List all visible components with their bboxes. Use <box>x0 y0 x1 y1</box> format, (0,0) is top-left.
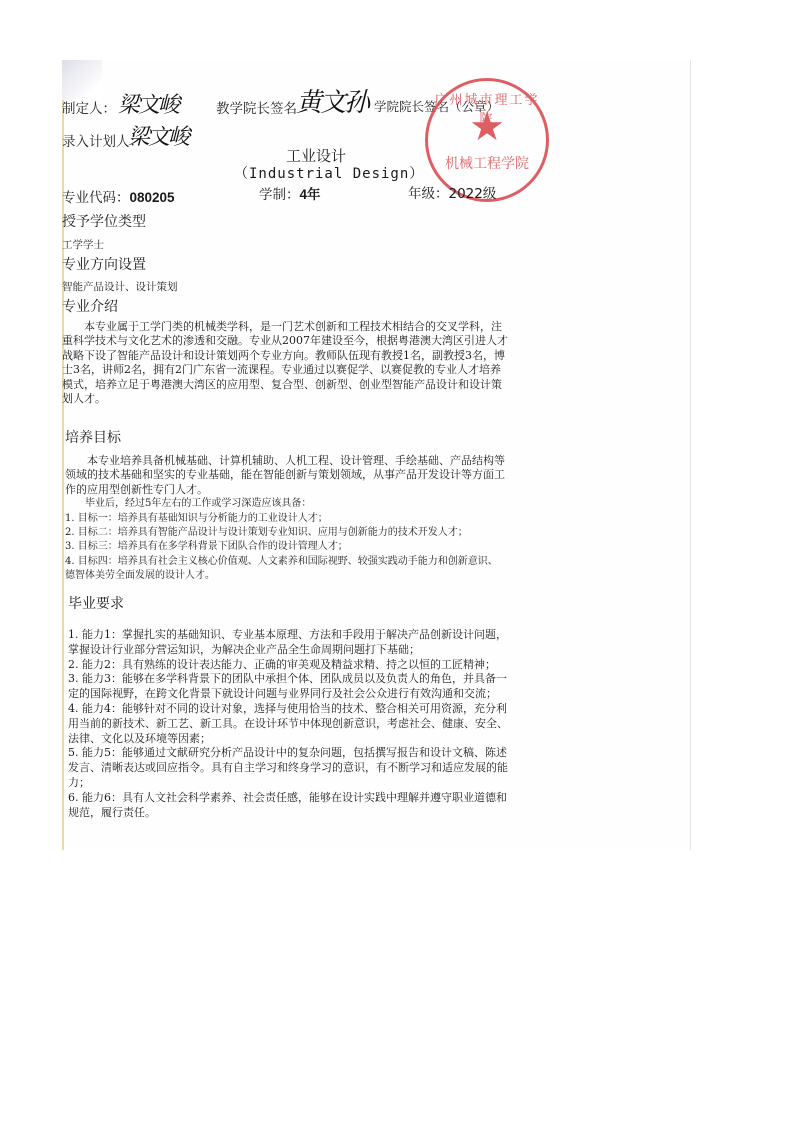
grade-value: 2022级 <box>449 186 497 202</box>
program-code: 专业代码：080205 <box>62 186 175 206</box>
program-grade: 年级：2022级 <box>408 182 496 202</box>
grade-label: 年级： <box>408 186 449 202</box>
requirements-paragraph: 1. 能力1：掌握扎实的基础知识、专业基本原理、方法和手段用于解决产品创新设计问… <box>68 628 508 820</box>
requirement-item: 2. 能力2：具有熟练的设计表达能力、正确的审美观及精益求精、持之以恒的工匠精神… <box>68 658 508 673</box>
program-code-value: 080205 <box>130 190 175 205</box>
requirement-item: 4. 能力4：能够针对不同的设计对象，选择与使用恰当的技术、整合相关可用资源，充… <box>68 702 508 717</box>
objectives-line: 领域的技术基础和坚实的专业基础，能在智能创新与策划领域，从事产品开发设计等方面工 <box>65 468 505 482</box>
duration-value: 4年 <box>300 187 321 202</box>
requirement-item: 1. 能力1：掌握扎实的基础知识、专业基本原理、方法和手段用于解决产品创新设计问… <box>68 628 508 643</box>
scan-edge-shadow <box>62 60 102 100</box>
objective-item: 1. 目标一：培养具有基础知识与分析能力的工业设计人才； <box>65 512 505 526</box>
intro-line: 战略下设了智能产品设计和设计策划两个专业方向。教师队伍现有教授1名，副教授3名，… <box>62 349 508 363</box>
dean-signature: 黄文孙 <box>296 82 368 119</box>
requirements-heading: 毕业要求 <box>68 593 124 613</box>
program-code-label: 专业代码： <box>62 190 130 206</box>
intro-line: 模式，培养立足于粤港澳大湾区的应用型、复合型、创新型、创业型智能产品设计和设计策 <box>62 378 508 392</box>
intro-line: 划人才。 <box>62 392 508 406</box>
requirement-item: 3. 能力3：能够在多学科背景下的团队中承担个体、团队成员以及负责人的角色，并具… <box>68 672 508 687</box>
requirement-item: 发言、清晰表达或回应指令。具有自主学习和终身学习的意识，有不断学习和适应发展的能 <box>68 761 508 776</box>
requirement-item: 规范，履行责任。 <box>68 806 508 821</box>
intro-line: 本专业属于工学门类的机械类学科，是一门艺术创新和工程技术相结合的交叉学科，注 <box>62 320 508 334</box>
preparer-signature: 梁文峻 <box>118 88 178 119</box>
requirement-item: 6. 能力6：具有人文社会科学素养、社会责任感，能够在设计实践中理解并遵守职业道… <box>68 791 508 806</box>
objectives-heading: 培养目标 <box>65 427 121 447</box>
objectives-line: 本专业培养具备机械基础、计算机辅助、人机工程、设计管理、手绘基础、产品结构等 <box>65 454 505 468</box>
degree-content: 工学学士 <box>62 237 104 252</box>
intro-heading: 专业介绍 <box>62 296 118 316</box>
objective-item: 3. 目标三：培养具有在多学科背景下团队合作的设计管理人才； <box>65 540 505 554</box>
degree-heading: 授予学位类型 <box>62 211 146 231</box>
intro-line: 重科学技术与文化艺术的渗透和交融。专业从2007年建设至今，根据粤港澳大湾区引进… <box>62 334 508 348</box>
star-icon: ★ <box>428 105 546 149</box>
entry-planner-signature: 梁文峻 <box>128 120 188 151</box>
requirement-item: 定的国际视野，在跨文化背景下就设计问题与业界同行及社会公众进行有效沟通和交流； <box>68 687 508 702</box>
stamp-bottom-text: 机械工程学院 <box>428 153 546 173</box>
program-title-en: （Industrial Design） <box>234 163 424 183</box>
intro-line: 士3名，讲师2名，拥有2门广东省一流课程。专业通过以赛促学、以赛促教的专业人才培… <box>62 363 508 377</box>
program-duration: 学制：4年 <box>259 183 321 203</box>
requirement-item: 力； <box>68 776 508 791</box>
duration-label: 学制： <box>259 187 300 203</box>
objective-item: 4. 目标四：培养具有社会主义核心价值观、人文素养和国际视野、较强实践动手能力和… <box>65 555 505 569</box>
requirement-item: 掌握设计行业部分营运知识，为解决企业产品全生命周期问题打下基础； <box>68 643 508 658</box>
requirement-item: 法律、文化以及环境等因素； <box>68 732 508 747</box>
objectives-paragraph: 本专业培养具备机械基础、计算机辅助、人机工程、设计管理、手绘基础、产品结构等 领… <box>65 454 505 584</box>
objective-item: 2. 目标二：培养具有智能产品设计与设计策划专业知识、应用与创新能力的技术开发人… <box>65 526 505 540</box>
preparer-label: 制定人： <box>62 97 116 117</box>
objectives-line: 毕业后，经过5年左右的工作或学习深造应该具备： <box>65 497 505 511</box>
intro-paragraph: 本专业属于工学门类的机械类学科，是一门艺术创新和工程技术相结合的交叉学科，注 重… <box>62 320 508 406</box>
dean-signature-label: 教学院长签名 <box>216 97 297 117</box>
objectives-line: 作的应用型创新性专门人才。 <box>65 483 505 497</box>
requirement-item: 5. 能力5：能够通过文献研究分析产品设计中的复杂问题，包括撰写报告和设计文稿、… <box>68 746 508 761</box>
direction-heading: 专业方向设置 <box>62 254 146 274</box>
objective-item: 德智体美劳全面发展的设计人才。 <box>65 569 505 583</box>
direction-content: 智能产品设计、设计策划 <box>62 279 178 294</box>
requirement-item: 用当前的新技术、新工艺、新工具。在设计环节中体现创新意识，考虑社会、健康、安全、 <box>68 717 508 732</box>
